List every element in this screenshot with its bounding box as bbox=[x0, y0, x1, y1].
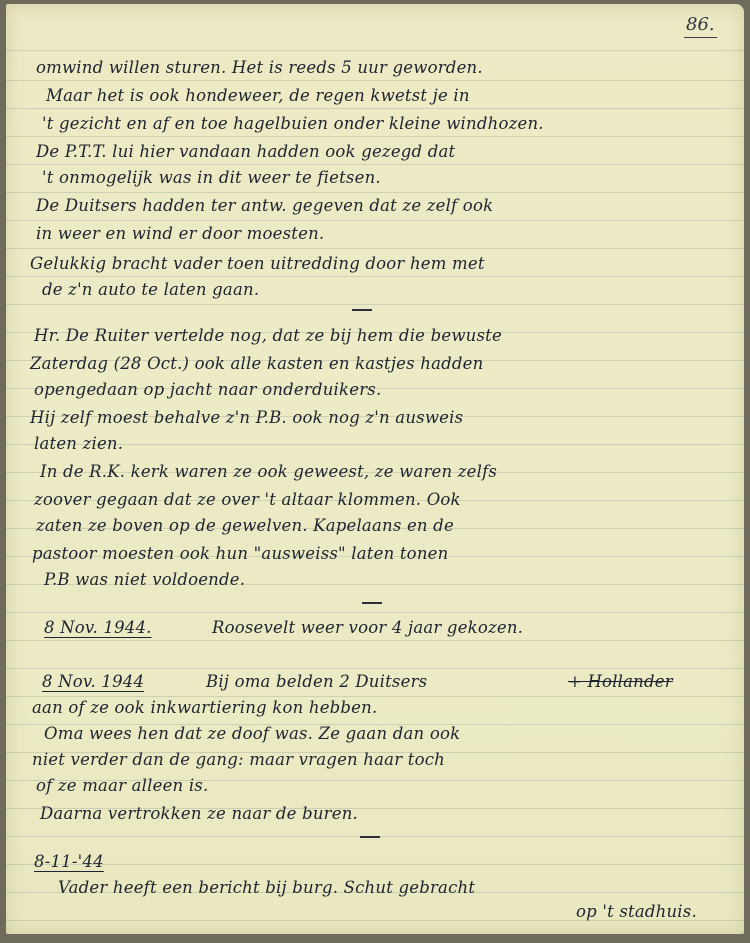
ruled-line bbox=[6, 864, 744, 865]
text-line: opengedaan op jacht naar onderduikers. bbox=[34, 380, 381, 399]
text-line: Hr. De Ruiter vertelde nog, dat ze bij h… bbox=[34, 326, 502, 345]
ruled-line bbox=[6, 164, 744, 165]
text-line: aan of ze ook inkwartiering kon hebben. bbox=[32, 698, 377, 717]
ruled-line bbox=[6, 612, 744, 613]
text-line: Vader heeft een bericht bij burg. Schut … bbox=[58, 878, 475, 897]
text-line: zaten ze boven op de gewelven. Kapelaans… bbox=[36, 516, 454, 535]
diary-page: 86. omwind willen sturen. Het is reeds 5… bbox=[6, 4, 744, 934]
section-separator bbox=[352, 309, 372, 311]
text-line: Zaterdag (28 Oct.) ook alle kasten en ka… bbox=[30, 354, 483, 373]
text-line: pastoor moesten ook hun "ausweiss" laten… bbox=[32, 544, 448, 563]
text-line: de z'n auto te laten gaan. bbox=[42, 280, 259, 299]
ruled-line bbox=[6, 668, 744, 669]
text-line: Bij oma belden 2 Duitsers bbox=[206, 672, 427, 691]
text-line: Roosevelt weer voor 4 jaar gekozen. bbox=[212, 618, 523, 637]
text-line: Gelukkig bracht vader toen uitredding do… bbox=[30, 254, 485, 273]
text-line: laten zien. bbox=[34, 434, 123, 453]
section-separator bbox=[362, 602, 382, 604]
text-line: op 't stadhuis. bbox=[576, 902, 697, 921]
text-line: Maar het is ook hondeweer, de regen kwet… bbox=[46, 86, 470, 105]
ruled-line bbox=[6, 276, 744, 277]
text-line: Hij zelf moest behalve z'n P.B. ook nog … bbox=[30, 408, 463, 427]
struck-text: + Hollander bbox=[568, 672, 673, 691]
text-line: omwind willen sturen. Het is reeds 5 uur… bbox=[36, 58, 483, 77]
page-number: 86. bbox=[684, 14, 717, 38]
text-line: zoover gegaan dat ze over 't altaar klom… bbox=[34, 490, 461, 509]
text-line: 't onmogelijk was in dit weer te fietsen… bbox=[42, 168, 381, 187]
text-line: P.B was niet voldoende. bbox=[44, 570, 245, 589]
text-line: De P.T.T. lui hier vandaan hadden ook ge… bbox=[36, 142, 455, 161]
text-line: De Duitsers hadden ter antw. gegeven dat… bbox=[36, 196, 493, 215]
ruled-line bbox=[6, 248, 744, 249]
ruled-line bbox=[6, 696, 744, 697]
text-line: Oma wees hen dat ze doof was. Ze gaan da… bbox=[44, 724, 460, 743]
text-line: in weer en wind er door moesten. bbox=[36, 224, 324, 243]
ruled-line bbox=[6, 136, 744, 137]
text-line: Daarna vertrokken ze naar de buren. bbox=[40, 804, 358, 823]
ruled-line bbox=[6, 80, 744, 81]
ruled-line bbox=[6, 220, 744, 221]
text-line: niet verder dan de gang: maar vragen haa… bbox=[32, 750, 445, 769]
section-separator bbox=[360, 836, 380, 838]
entry-date: 8 Nov. 1944. bbox=[44, 618, 152, 637]
ruled-line bbox=[6, 50, 744, 51]
text-line: In de R.K. kerk waren ze ook geweest, ze… bbox=[40, 462, 497, 481]
ruled-line bbox=[6, 304, 744, 305]
text-line: 't gezicht en af en toe hagelbuien onder… bbox=[42, 114, 544, 133]
entry-date: 8-11-'44 bbox=[34, 852, 104, 871]
text-line: of ze maar alleen is. bbox=[36, 776, 208, 795]
entry-date: 8 Nov. 1944 bbox=[42, 672, 144, 691]
ruled-line bbox=[6, 108, 744, 109]
ruled-line bbox=[6, 192, 744, 193]
ruled-line bbox=[6, 640, 744, 641]
